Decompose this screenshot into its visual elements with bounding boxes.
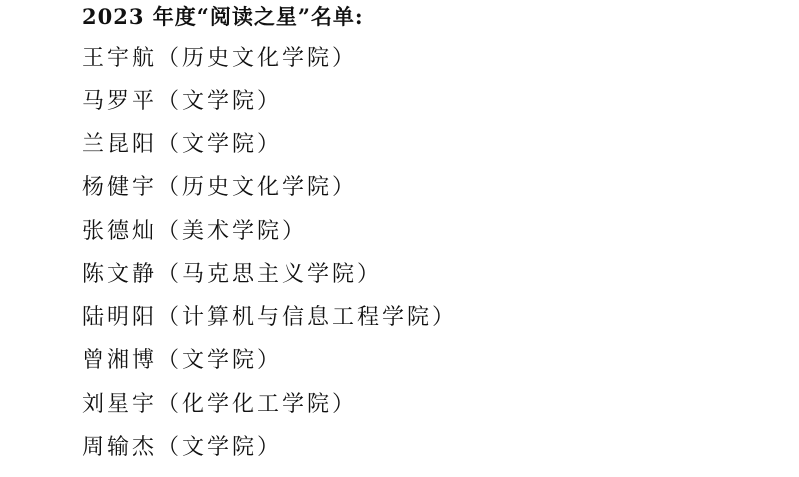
college-name: 历史文化学院 <box>182 46 332 71</box>
list-item: 周输杰（文学院） <box>82 432 282 464</box>
college-name: 文学院 <box>182 435 257 460</box>
list-item: 曾湘博（文学院） <box>82 345 282 377</box>
college-name: 马克思主义学院 <box>182 262 357 287</box>
college-name: 计算机与信息工程学院 <box>182 305 432 330</box>
list-item: 陆明阳（计算机与信息工程学院） <box>82 302 457 334</box>
student-name: 杨健宇 <box>82 175 157 200</box>
close-paren: ） <box>357 262 382 287</box>
list-item: 刘星宇（化学化工学院） <box>82 389 357 421</box>
student-name: 刘星宇 <box>82 392 157 417</box>
close-paren: ） <box>257 435 282 460</box>
college-name: 美术学院 <box>182 219 282 244</box>
student-name: 周输杰 <box>82 435 157 460</box>
student-name: 曾湘博 <box>82 348 157 373</box>
college-name: 文学院 <box>182 89 257 114</box>
student-name: 陆明阳 <box>82 305 157 330</box>
college-name: 历史文化学院 <box>182 175 332 200</box>
list-title: 2023 年度“阅读之星”名单: <box>82 2 364 32</box>
college-name: 化学化工学院 <box>182 392 332 417</box>
close-paren: ） <box>332 175 357 200</box>
open-paren: （ <box>157 305 182 330</box>
open-paren: （ <box>157 175 182 200</box>
open-paren: （ <box>157 219 182 244</box>
open-paren: （ <box>157 89 182 114</box>
open-paren: （ <box>157 392 182 417</box>
open-paren: （ <box>157 46 182 71</box>
list-item: 张德灿（美术学院） <box>82 216 307 248</box>
student-name: 张德灿 <box>82 219 157 244</box>
close-paren: ） <box>282 219 307 244</box>
close-paren: ） <box>332 392 357 417</box>
college-name: 文学院 <box>182 348 257 373</box>
close-paren: ） <box>257 89 282 114</box>
close-paren: ） <box>332 46 357 71</box>
list-item: 王宇航（历史文化学院） <box>82 43 357 75</box>
student-name: 陈文静 <box>82 262 157 287</box>
open-paren: （ <box>157 435 182 460</box>
student-name: 兰昆阳 <box>82 132 157 157</box>
close-paren: ） <box>257 348 282 373</box>
open-paren: （ <box>157 262 182 287</box>
open-paren: （ <box>157 132 182 157</box>
college-name: 文学院 <box>182 132 257 157</box>
student-name: 马罗平 <box>82 89 157 114</box>
list-item: 马罗平（文学院） <box>82 86 282 118</box>
close-paren: ） <box>257 132 282 157</box>
list-item: 陈文静（马克思主义学院） <box>82 259 382 291</box>
list-item: 杨健宇（历史文化学院） <box>82 172 357 204</box>
list-item: 兰昆阳（文学院） <box>82 129 282 161</box>
open-paren: （ <box>157 348 182 373</box>
student-name: 王宇航 <box>82 46 157 71</box>
close-paren: ） <box>432 305 457 330</box>
